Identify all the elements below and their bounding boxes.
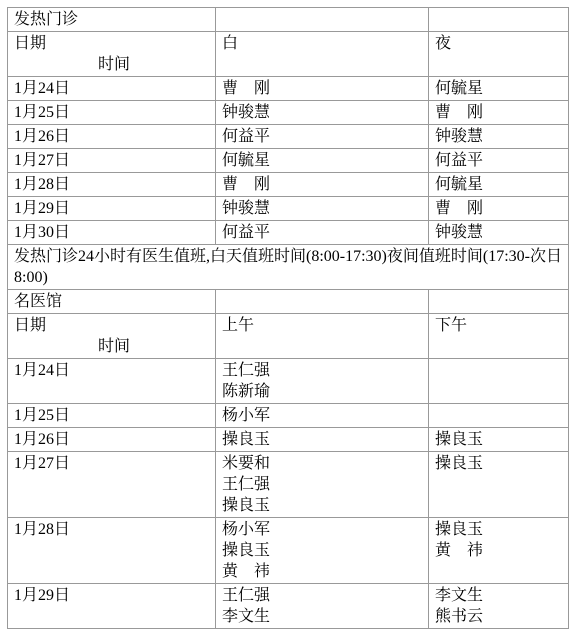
doctor-name: 曹 刚 — [222, 174, 422, 195]
doctor-name: 曹 刚 — [222, 78, 422, 99]
doctor-name: 黄 祎 — [222, 561, 422, 582]
doctor-name: 操良玉 — [435, 429, 562, 450]
empty-cell — [429, 290, 569, 314]
fever-row-jan28: 1月28日 曹 刚 何毓星 — [8, 173, 569, 197]
date-text: 1月27日 — [14, 150, 209, 171]
afternoon-doctors-cell: 操良玉 — [429, 428, 569, 452]
date-cell: 1月29日 — [8, 584, 216, 629]
afternoon-doctors-cell — [429, 359, 569, 404]
fever-row-jan24: 1月24日 曹 刚 何毓星 — [8, 77, 569, 101]
doctor-name: 钟骏慧 — [435, 126, 562, 147]
fever-clinic-notice-cell: 发热门诊24小时有医生值班,白天值班时间(8:00-17:30)夜间值班时间(1… — [8, 245, 569, 290]
date-text: 1月24日 — [14, 360, 209, 381]
night-shift-header-cell: 夜 — [429, 32, 569, 77]
famous-hall-title: 名医馆 — [14, 291, 209, 312]
night-doctor-cell: 曹 刚 — [429, 101, 569, 125]
date-header-label: 日期 — [14, 315, 209, 336]
doctor-name: 王仁强 — [222, 474, 422, 495]
hall-row-jan26: 1月26日 操良玉 操良玉 — [8, 428, 569, 452]
doctor-name: 何毓星 — [435, 78, 562, 99]
doctor-name: 操良玉 — [435, 453, 562, 474]
date-cell: 1月28日 — [8, 518, 216, 584]
doctor-name: 黄 祎 — [435, 540, 562, 561]
fever-row-jan29: 1月29日 钟骏慧 曹 刚 — [8, 197, 569, 221]
afternoon-doctors-cell: 李文生 熊书云 — [429, 584, 569, 629]
doctor-name: 曹 刚 — [435, 198, 562, 219]
night-shift-header-label: 夜 — [435, 33, 562, 54]
doctor-name: 何毓星 — [222, 150, 422, 171]
doctor-name: 何益平 — [435, 150, 562, 171]
doctor-name: 操良玉 — [222, 495, 422, 516]
doctor-name: 王仁强 — [222, 585, 422, 606]
day-shift-header-label: 白 — [222, 33, 422, 54]
date-cell: 1月29日 — [8, 197, 216, 221]
hall-row-jan29: 1月29日 王仁强 李文生 李文生 熊书云 — [8, 584, 569, 629]
day-doctor-cell: 何益平 — [216, 221, 429, 245]
doctor-name: 操良玉 — [435, 519, 562, 540]
doctor-name: 曹 刚 — [435, 102, 562, 123]
night-doctor-cell: 曹 刚 — [429, 197, 569, 221]
famous-hall-header-row: 日期 时间 上午 下午 — [8, 314, 569, 359]
day-doctor-cell: 何益平 — [216, 125, 429, 149]
date-cell: 1月24日 — [8, 77, 216, 101]
fever-clinic-title-cell: 发热门诊 — [8, 8, 216, 32]
date-time-header-cell: 日期 时间 — [8, 32, 216, 77]
doctor-name: 杨小军 — [222, 519, 422, 540]
afternoon-header-cell: 下午 — [429, 314, 569, 359]
doctor-name: 钟骏慧 — [222, 102, 422, 123]
date-time-header-cell: 日期 时间 — [8, 314, 216, 359]
hall-row-jan25: 1月25日 杨小军 — [8, 404, 569, 428]
morning-doctors-cell: 王仁强 李文生 — [216, 584, 429, 629]
morning-doctors-cell: 操良玉 — [216, 428, 429, 452]
doctor-name: 何益平 — [222, 126, 422, 147]
empty-cell — [429, 8, 569, 32]
day-shift-header-cell: 白 — [216, 32, 429, 77]
morning-doctors-cell: 杨小军 操良玉 黄 祎 — [216, 518, 429, 584]
fever-row-jan26: 1月26日 何益平 钟骏慧 — [8, 125, 569, 149]
time-header-label: 时间 — [98, 336, 209, 357]
time-header-label: 时间 — [98, 54, 209, 75]
date-text: 1月28日 — [14, 174, 209, 195]
hall-row-jan28: 1月28日 杨小军 操良玉 黄 祎 操良玉 黄 祎 — [8, 518, 569, 584]
fever-row-jan30: 1月30日 何益平 钟骏慧 — [8, 221, 569, 245]
fever-clinic-title: 发热门诊 — [14, 9, 209, 30]
afternoon-doctors-cell: 操良玉 — [429, 452, 569, 518]
date-cell: 1月30日 — [8, 221, 216, 245]
date-text: 1月30日 — [14, 222, 209, 243]
fever-row-jan27: 1月27日 何毓星 何益平 — [8, 149, 569, 173]
date-cell: 1月27日 — [8, 452, 216, 518]
doctor-name: 李文生 — [435, 585, 562, 606]
fever-row-jan25: 1月25日 钟骏慧 曹 刚 — [8, 101, 569, 125]
night-doctor-cell: 钟骏慧 — [429, 125, 569, 149]
duty-schedule-page: 发热门诊 日期 时间 白 夜 1月24日 曹 刚 何毓星 1月25日 钟骏慧 — [0, 0, 578, 638]
empty-cell — [216, 8, 429, 32]
doctor-name: 操良玉 — [222, 540, 422, 561]
fever-clinic-notice-text: 发热门诊24小时有医生值班,白天值班时间(8:00-17:30)夜间值班时间(1… — [14, 246, 562, 288]
hall-row-jan24: 1月24日 王仁强 陈新瑜 — [8, 359, 569, 404]
doctor-name: 操良玉 — [222, 429, 422, 450]
morning-doctors-cell: 米要和 王仁强 操良玉 — [216, 452, 429, 518]
day-doctor-cell: 钟骏慧 — [216, 101, 429, 125]
date-text: 1月25日 — [14, 405, 209, 426]
date-text: 1月24日 — [14, 78, 209, 99]
day-doctor-cell: 钟骏慧 — [216, 197, 429, 221]
afternoon-doctors-cell: 操良玉 黄 祎 — [429, 518, 569, 584]
date-text: 1月25日 — [14, 102, 209, 123]
afternoon-header-label: 下午 — [435, 315, 562, 336]
doctor-name: 何益平 — [222, 222, 422, 243]
hall-row-jan27: 1月27日 米要和 王仁强 操良玉 操良玉 — [8, 452, 569, 518]
morning-doctors-cell: 杨小军 — [216, 404, 429, 428]
date-text: 1月27日 — [14, 453, 209, 474]
doctor-name: 米要和 — [222, 453, 422, 474]
date-cell: 1月27日 — [8, 149, 216, 173]
night-doctor-cell: 钟骏慧 — [429, 221, 569, 245]
date-cell: 1月24日 — [8, 359, 216, 404]
date-text: 1月29日 — [14, 198, 209, 219]
date-text: 1月29日 — [14, 585, 209, 606]
date-text: 1月26日 — [14, 429, 209, 450]
afternoon-doctors-cell — [429, 404, 569, 428]
doctor-name: 钟骏慧 — [435, 222, 562, 243]
date-cell: 1月26日 — [8, 125, 216, 149]
doctor-name: 李文生 — [222, 606, 422, 627]
night-doctor-cell: 何毓星 — [429, 173, 569, 197]
doctor-name: 钟骏慧 — [222, 198, 422, 219]
date-cell: 1月25日 — [8, 404, 216, 428]
doctor-name: 何毓星 — [435, 174, 562, 195]
date-header-label: 日期 — [14, 33, 209, 54]
doctor-name: 熊书云 — [435, 606, 562, 627]
duty-schedule-table: 发热门诊 日期 时间 白 夜 1月24日 曹 刚 何毓星 1月25日 钟骏慧 — [7, 7, 569, 629]
doctor-name: 陈新瑜 — [222, 381, 422, 402]
morning-header-cell: 上午 — [216, 314, 429, 359]
day-doctor-cell: 曹 刚 — [216, 173, 429, 197]
fever-clinic-title-row: 发热门诊 — [8, 8, 569, 32]
day-doctor-cell: 何毓星 — [216, 149, 429, 173]
doctor-name: 杨小军 — [222, 405, 422, 426]
famous-hall-title-row: 名医馆 — [8, 290, 569, 314]
morning-header-label: 上午 — [222, 315, 422, 336]
date-text: 1月26日 — [14, 126, 209, 147]
fever-clinic-notice-row: 发热门诊24小时有医生值班,白天值班时间(8:00-17:30)夜间值班时间(1… — [8, 245, 569, 290]
morning-doctors-cell: 王仁强 陈新瑜 — [216, 359, 429, 404]
empty-cell — [216, 290, 429, 314]
fever-clinic-header-row: 日期 时间 白 夜 — [8, 32, 569, 77]
night-doctor-cell: 何益平 — [429, 149, 569, 173]
day-doctor-cell: 曹 刚 — [216, 77, 429, 101]
date-cell: 1月25日 — [8, 101, 216, 125]
famous-hall-title-cell: 名医馆 — [8, 290, 216, 314]
date-cell: 1月26日 — [8, 428, 216, 452]
date-text: 1月28日 — [14, 519, 209, 540]
date-cell: 1月28日 — [8, 173, 216, 197]
night-doctor-cell: 何毓星 — [429, 77, 569, 101]
doctor-name: 王仁强 — [222, 360, 422, 381]
